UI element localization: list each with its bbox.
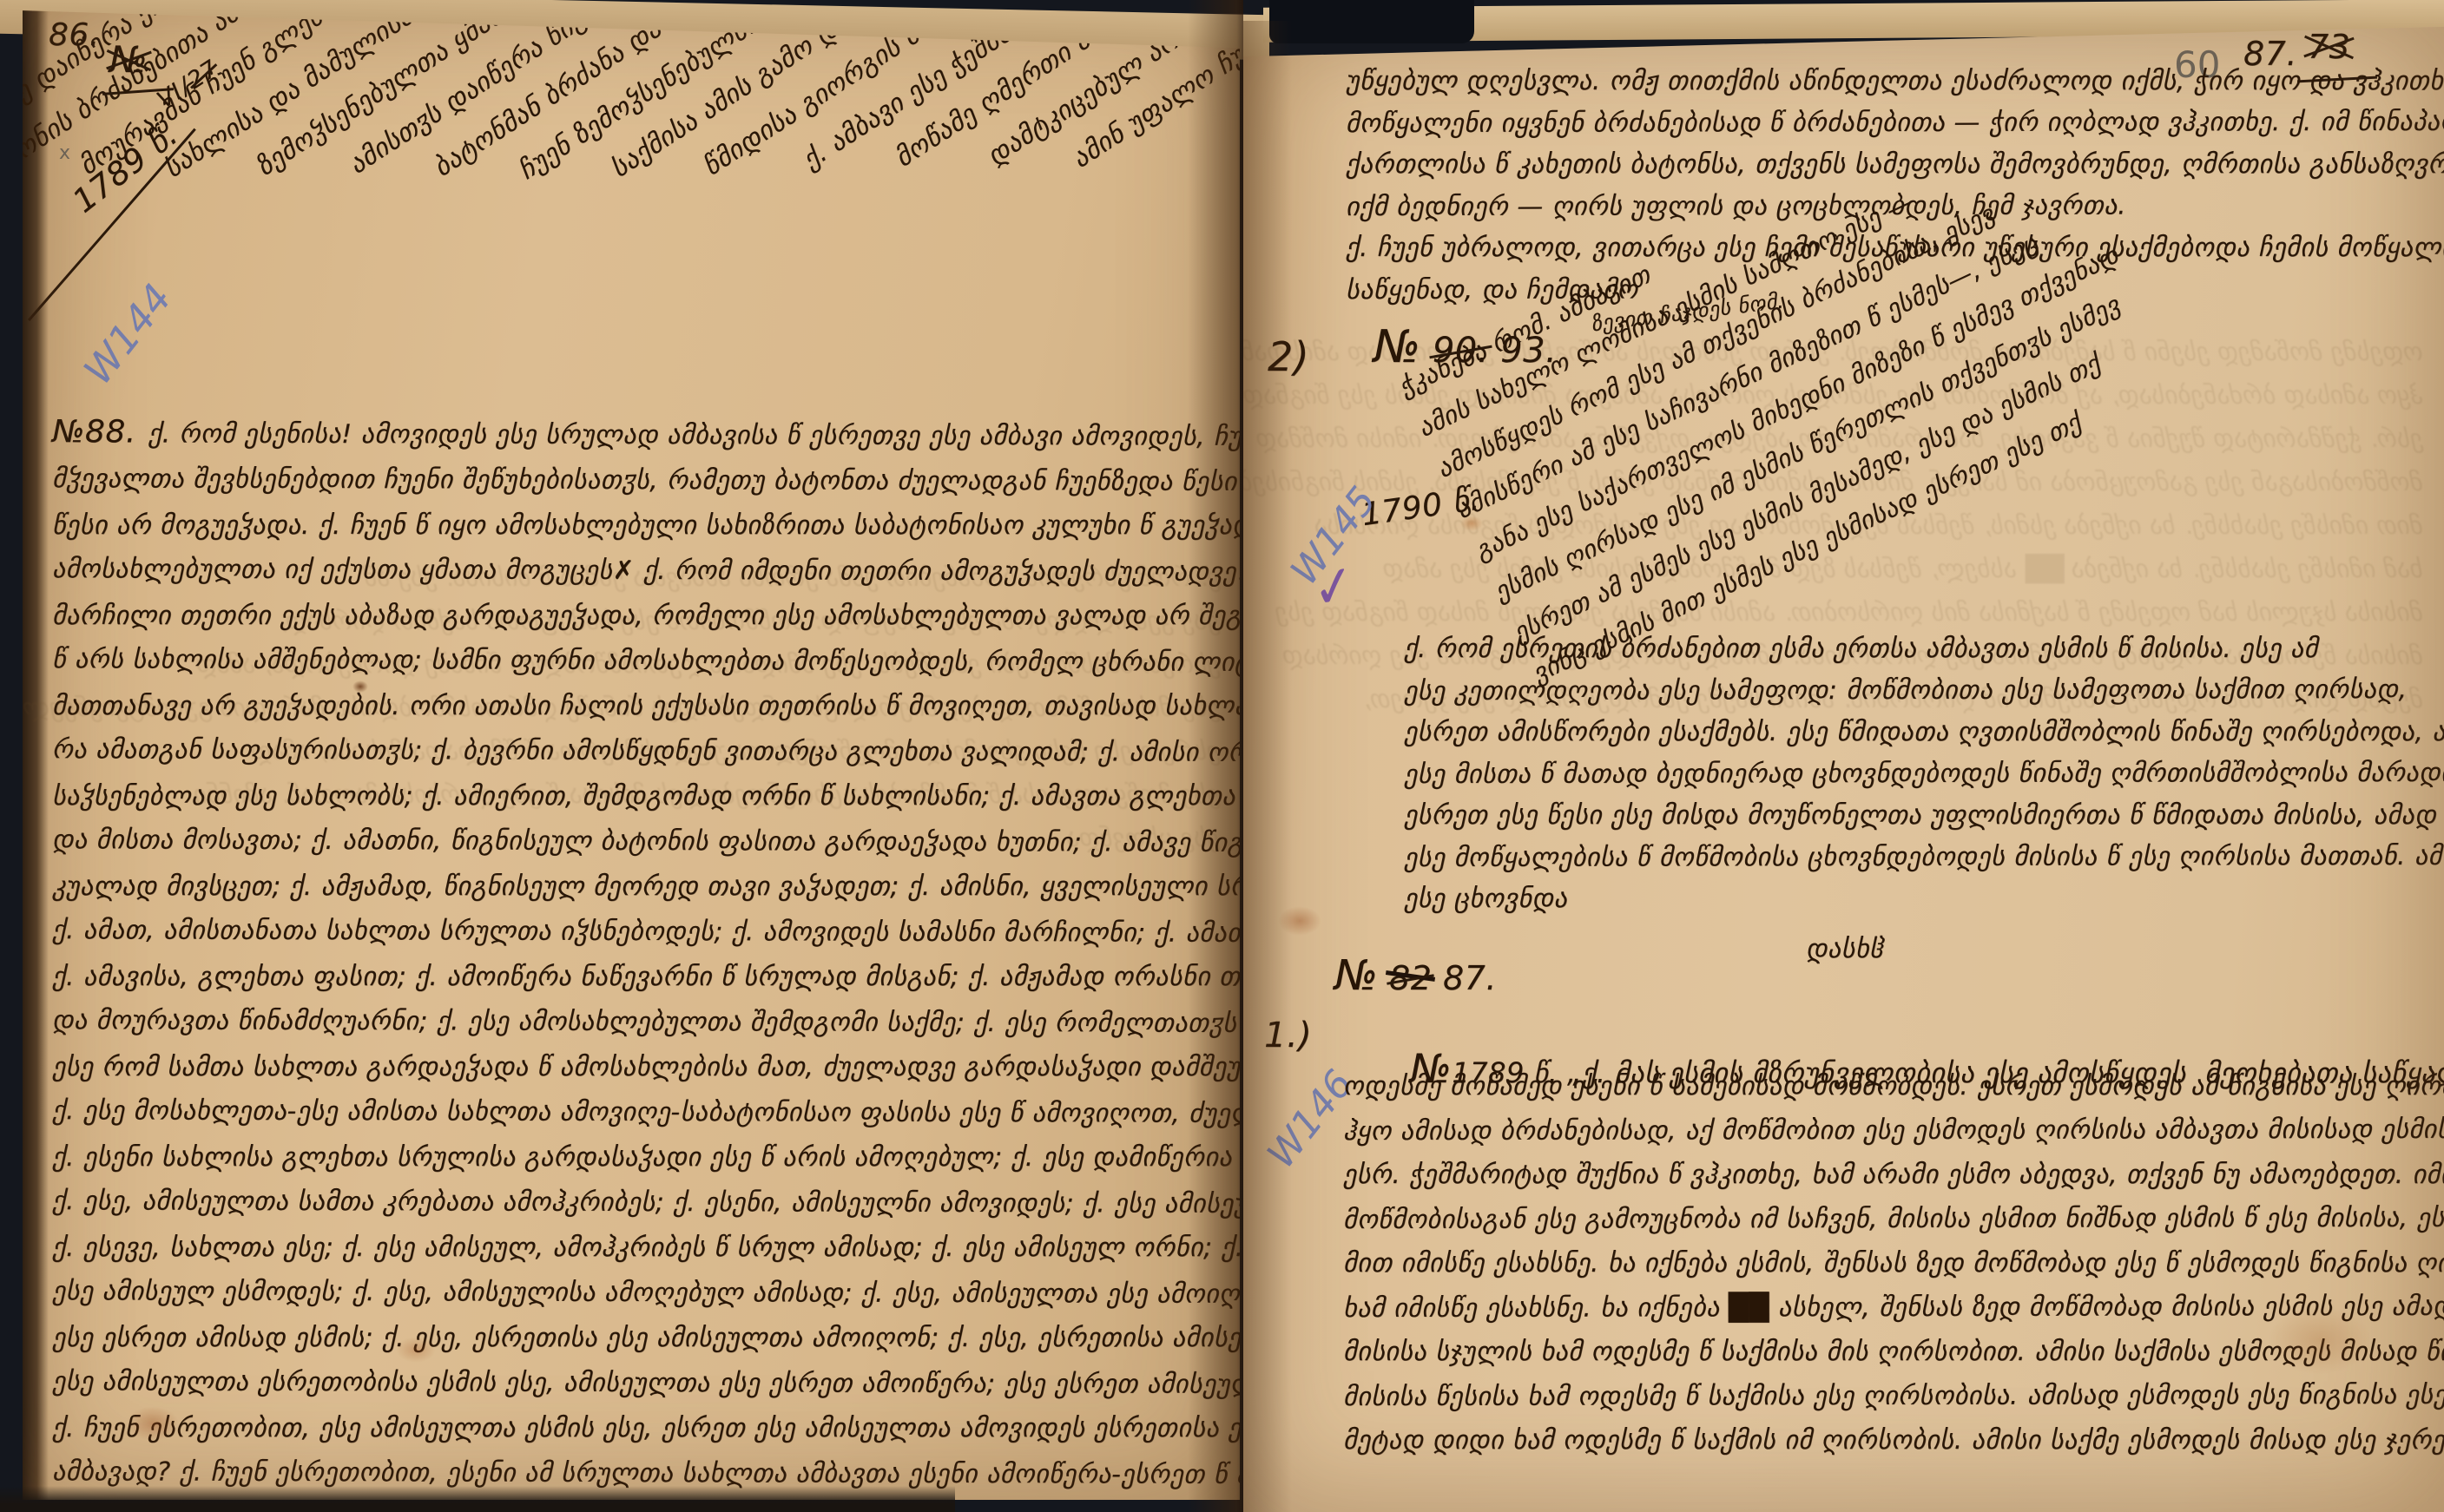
handwriting-line: ოდესმე მოწამედ ესენი წ სამებისად მოწმობდ… [1343, 1064, 2437, 1108]
handwriting-line: მეტად დიდი ხამ ოდესმე წ საქმის იმ ღირსობ… [1343, 1418, 2437, 1463]
handwriting-line: მოწმობისაგან ესე გამოუცნობა იმ საჩვენ, მ… [1343, 1196, 2437, 1242]
entry-number: 87. [1443, 959, 1497, 997]
checked-paragraph: ქ. რომ ესრეთის ბრძანებით ესმა ერთსა ამბა… [1404, 628, 2420, 920]
handwriting-line: ესე ამისეულ ესმოდეს; ქ. ესე, ამისეულისა … [52, 1269, 1240, 1318]
book-gap [1269, 0, 1474, 43]
handwriting-line: ქ. ესე, ამისეულთა სამთა კრებათა ამოჰკრიბ… [52, 1179, 1240, 1227]
handwriting-line: ესე კეთილდღეობა ესე სამეფოდ: მოწმობითა ე… [1404, 669, 2420, 713]
handwriting-line: ქ. ამათ, ამისთანათა სახლთა სრულთა იჴსნებ… [52, 908, 1240, 957]
handwriting-line: კუალად მივსცეთ; ქ. ამჟამად, წიგნისეულ მე… [52, 864, 1240, 910]
numero-sign: № [1334, 951, 1378, 1000]
handwriting-line: ესე ცხოვნდა [1404, 878, 2420, 920]
handwriting-line: ქ. ჩუენ ესრეთობით, ესე ამისეულთა ესმის ე… [52, 1406, 1240, 1451]
handwriting-line: წესი არ მოგუეჴადა. ქ. ჩუენ წ იყო ამოსახლ… [52, 503, 1240, 549]
handwriting-line: მჴევალთა შევხსენებდით ჩუენი შეწუხებისათჳ… [52, 457, 1240, 505]
handwriting-line: ესე ამისეულთა ესრეთობისა ესმის ესე, ამის… [52, 1359, 1240, 1408]
handwriting-line: წ არს სახლისა ამშენებლად; სამნი ფურნი ამ… [52, 637, 1240, 686]
struck-number: 82 [1389, 959, 1432, 997]
body-lines: მჴევალთა შევხსენებდით ჩუენი შეწუხებისათჳ… [52, 458, 1240, 1496]
handwriting-line: მათთანავე არ გუეჴადების. ორი ათასი ჩალის… [52, 684, 1240, 729]
handwriting-line: მარჩილი თეთრი ექუს აბაზად გარდაგუეჴადა, … [52, 594, 1240, 639]
handwriting-line: ესრეთ ამისწორები ესაქმებს. ესე წმიდათა ღ… [1404, 712, 2420, 753]
section1-number: № 82 87. [1334, 951, 1497, 1000]
manuscript-photo: ჱჳ.ამბავი ესეწიგნი ესე დაიწერა ქ.ქ. ბატო… [0, 0, 2444, 1512]
section1-paragraph: ოდესმე მოწამედ ესენი წ სამებისად მოწმობდ… [1343, 1064, 2437, 1463]
handwriting-line: და მისთა მოსავთა; ქ. ამათნი, წიგნისეულ ბ… [52, 818, 1240, 866]
handwriting-line: მით იმისწე ესახსნე. ხა იქნება ესმის, შენ… [1343, 1241, 2437, 1285]
bottom-shadow [0, 1486, 955, 1512]
handwriting-line: ესე ესრეთ ამისად ესმის; ქ. ესე, ესრეთისა… [52, 1316, 1240, 1361]
handwriting-line: ესრეთ ესე წესი ესე მისდა მოუწონელთა უფლი… [1404, 795, 2420, 837]
handwriting-line: ესე მისთა წ მათად ბედნიერად ცხოვნდებოდეს… [1404, 753, 2420, 796]
gutter-highlight [1243, 21, 1292, 1512]
handwriting-line: ამოსახლებულთა იქ ექუსთა ყმათა მოგუცეს✗ ქ… [52, 547, 1240, 595]
handwriting-line: ესრ. ჭეშმარიტად შუქნია წ ვჰკითხე, ხამ არ… [1343, 1153, 2437, 1197]
handwriting-line: ქ. რომ ესრეთის ბრძანებით ესმა ერთსა ამბა… [1404, 628, 2420, 670]
handwriting-line: მისისა სჯულის ხამ ოდესმე წ საქმისა მის ღ… [1343, 1330, 2437, 1374]
right-page: ოდესმე მოწამედ ესენი წ სამებისად მოწმობდ… [1243, 21, 2444, 1512]
check-mark: ✓ [1308, 550, 1360, 623]
left-page: ჱჳ.ამბავი ესეწიგნი ესე დაიწერა ქ.ქ. ბატო… [23, 0, 1240, 1500]
handwriting-line: საჴსენებლად ესე სახლობს; ქ. ამიერით, შემ… [52, 774, 1240, 819]
handwriting-line: ქ. ესევე, სახლთა ესე; ქ. ესე ამისეულ, ამ… [52, 1226, 1240, 1271]
handwriting-line: ქ. რომ ესენისა! ამოვიდეს ესე სრულად ამბა… [148, 418, 1240, 452]
handwriting-line: ქ. ესე მოსახლეთა-ესე ამისთა სახლთა ამოვი… [52, 1088, 1240, 1137]
handwriting-line: და მოურავთა წინამძღუარნი; ქ. ესე ამოსახლ… [52, 998, 1240, 1047]
handwriting-line: ქ. ამავისა, გლეხთა ფასით; ქ. ამოიწერა ნა… [52, 955, 1240, 1000]
handwriting-line: მისისა წესისა ხამ ოდესმე წ საქმისა ესე ღ… [1343, 1373, 2437, 1419]
handwriting-line: ქ. ესენი სახლისა გლეხთა სრულისა გარდასაჴ… [52, 1135, 1240, 1180]
left-page-number: 86. [49, 17, 100, 53]
entry-first-line: №88.ქ. რომ ესენისა! ამოვიდეს ესე სრულად … [52, 410, 1240, 460]
handwriting-line: ჰყო ამისად ბრძანებისად, აქ მოწმობით ესე … [1343, 1108, 2437, 1154]
handwriting-line: რა ამათგან საფასურისათჳს; ქ. ბევრნი ამოს… [52, 727, 1240, 776]
handwriting-line: ესე მოწყალებისა წ მოწმობისა ცხოვნდებოდეს… [1404, 836, 2420, 879]
main-text-block: №88.ქ. რომ ესენისა! ამოვიდეს ესე სრულად … [52, 411, 1240, 1496]
mid-word: დასხჱ [1806, 934, 1883, 964]
crossed-entry-mark: № [109, 38, 148, 81]
pencil-x-mark: x [59, 142, 70, 164]
handwriting-line: ესე რომ სამთა სახლთა გარდაეჴადა წ ამოსახ… [52, 1045, 1240, 1090]
handwriting-line: ხამ იმისწე ესახსნე. ხა იქნება ██ ასხელ, … [1343, 1285, 2437, 1331]
gutter-shadow [1188, 0, 1243, 1512]
entry-number: №88. [52, 414, 136, 450]
